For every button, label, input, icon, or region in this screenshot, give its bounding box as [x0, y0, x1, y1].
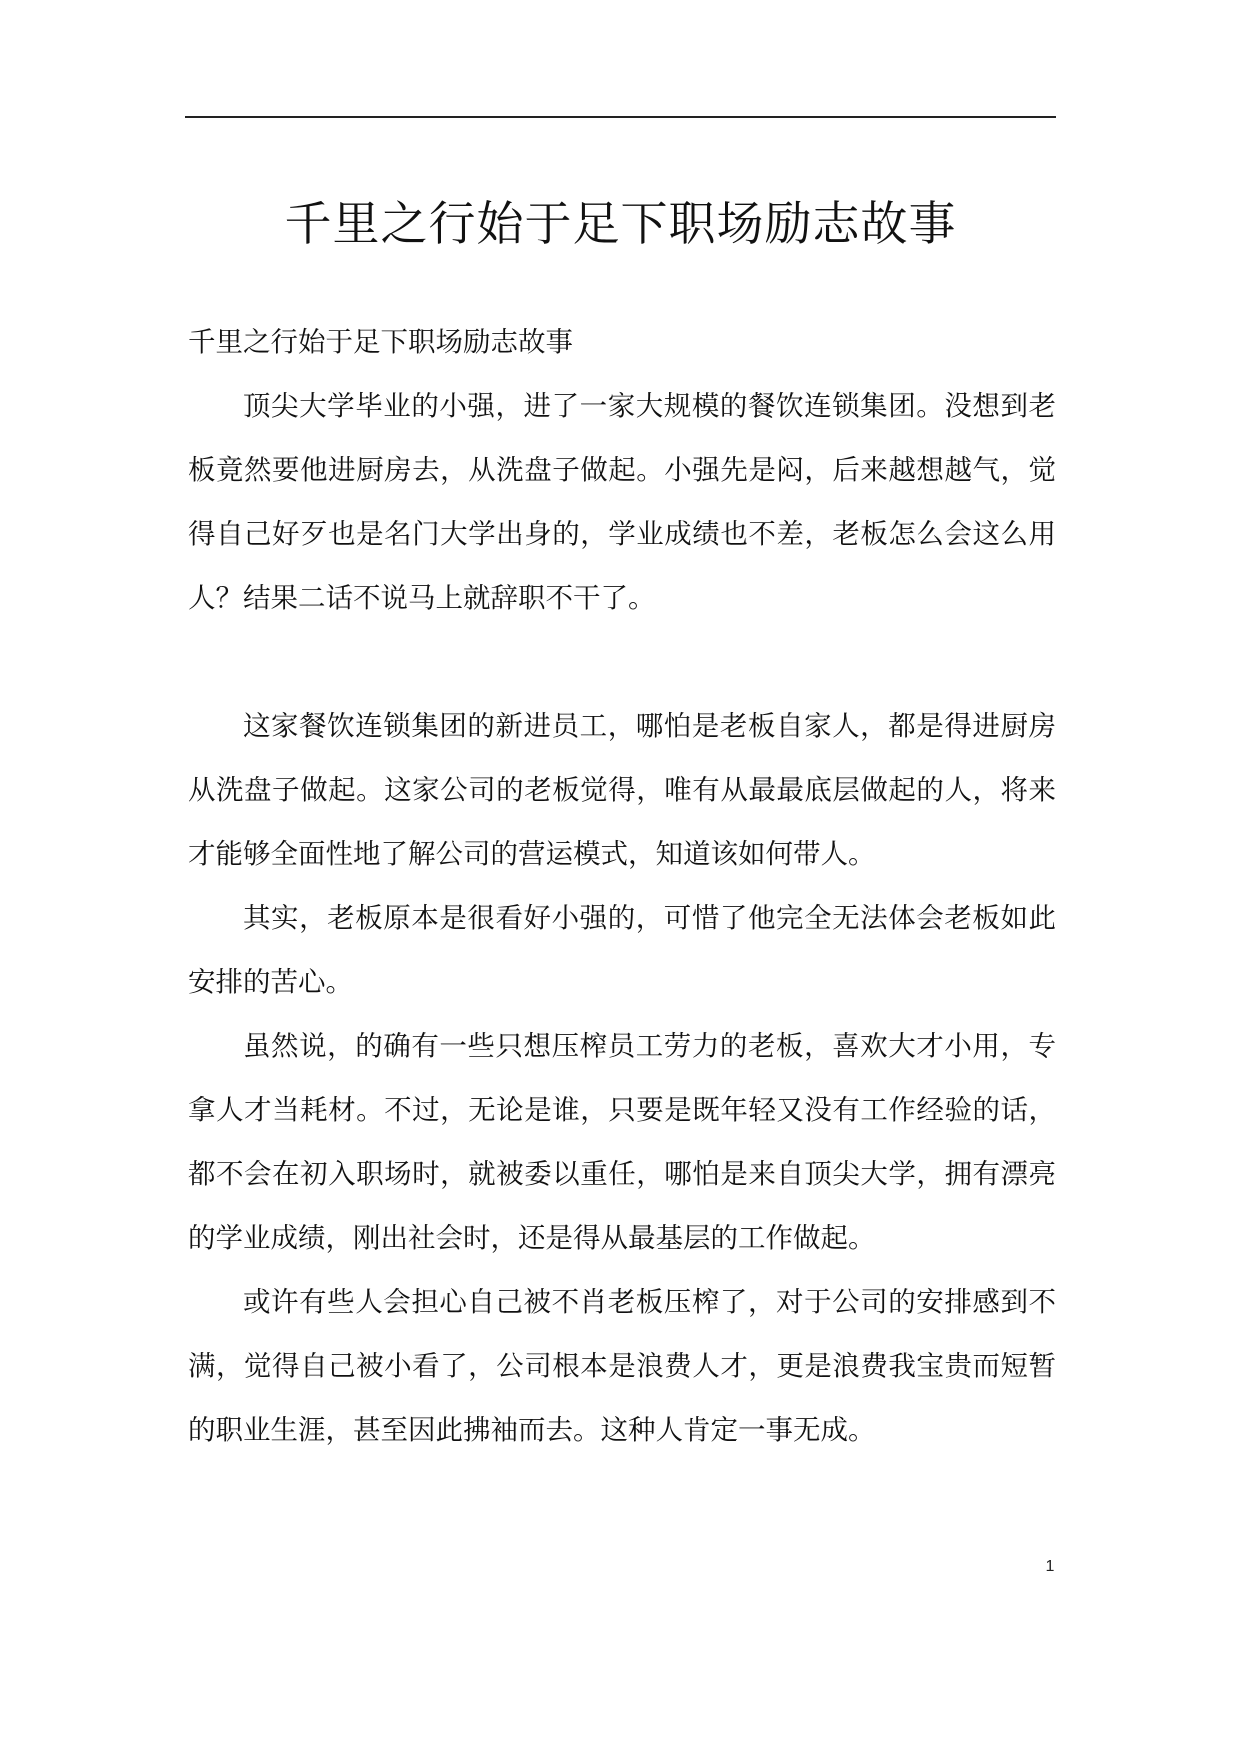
document-title: 千里之行始于足下职场励志故事 — [185, 190, 1056, 260]
document-body: 千里之行始于足下职场励志故事 顶尖大学毕业的小强，进了一家大规模的餐饮连锁集团。… — [188, 310, 1056, 1462]
document-subtitle: 千里之行始于足下职场励志故事 — [188, 310, 1056, 374]
page-number: 1 — [1040, 1558, 1060, 1576]
paragraph-5: 或许有些人会担心自己被不肖老板压榨了，对于公司的安排感到不满，觉得自己被小看了，… — [188, 1270, 1056, 1462]
paragraph-1: 顶尖大学毕业的小强，进了一家大规模的餐饮连锁集团。没想到老板竟然要他进厨房去，从… — [188, 374, 1056, 630]
header-rule — [185, 116, 1056, 118]
paragraph-3: 其实，老板原本是很看好小强的，可惜了他完全无法体会老板如此安排的苦心。 — [188, 886, 1056, 1014]
paragraph-2: 这家餐饮连锁集团的新进员工，哪怕是老板自家人，都是得进厨房从洗盘子做起。这家公司… — [188, 694, 1056, 886]
paragraph-4: 虽然说，的确有一些只想压榨员工劳力的老板，喜欢大才小用，专拿人才当耗材。不过，无… — [188, 1014, 1056, 1270]
